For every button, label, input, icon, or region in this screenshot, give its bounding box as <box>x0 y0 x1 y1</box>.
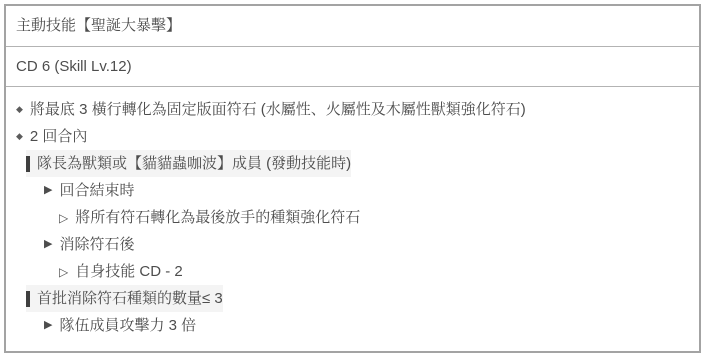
triangle-filled-marker-icon <box>44 239 52 250</box>
effect-line: 將所有符石轉化為最後放手的種類強化符石 <box>59 204 360 231</box>
triangle-filled-marker-icon <box>44 320 52 331</box>
effect-line-text: 自身技能 CD - 2 <box>75 258 183 285</box>
cooldown-text: CD 6 (Skill Lv.12) <box>16 58 132 75</box>
bar-marker-icon <box>26 291 30 307</box>
effect-line-text: 隊伍成員攻擊力 3 倍 <box>59 312 196 339</box>
skill-name-row: 主動技能【聖誕大暴擊】 <box>6 6 699 46</box>
effect-line-text: 回合結束時 <box>59 177 134 204</box>
diamond-marker-icon <box>16 132 23 141</box>
skill-table: 主動技能【聖誕大暴擊】 CD 6 (Skill Lv.12) 將最底 3 橫行轉… <box>4 4 701 353</box>
effect-line-text: 2 回合內 <box>30 123 88 150</box>
effect-line: 回合結束時 <box>44 177 134 204</box>
effect-line: 隊長為獸類或【貓貓蟲咖波】成員 (發動技能時) <box>26 150 351 177</box>
bar-marker-icon <box>26 156 30 172</box>
diamond-marker-icon <box>16 105 23 114</box>
effect-line: 隊伍成員攻擊力 3 倍 <box>44 312 196 339</box>
effect-line: 2 回合內 <box>16 123 87 150</box>
effect-line-text: 隊長為獸類或【貓貓蟲咖波】成員 (發動技能時) <box>37 150 351 177</box>
effect-line-text: 消除符石後 <box>59 231 134 258</box>
triangle-open-marker-icon <box>59 266 68 278</box>
cooldown-row: CD 6 (Skill Lv.12) <box>6 46 699 86</box>
triangle-filled-marker-icon <box>44 185 52 196</box>
effect-line-text: 將所有符石轉化為最後放手的種類強化符石 <box>75 204 360 231</box>
effect-line: 消除符石後 <box>44 231 134 258</box>
effect-line-text: 首批消除符石種類的數量≤ 3 <box>37 285 223 312</box>
effect-line-text: 將最底 3 橫行轉化為固定版面符石 (水屬性、火屬性及木屬性獸類強化符石) <box>30 96 526 123</box>
skill-name-text: 主動技能【聖誕大暴擊】 <box>16 17 181 34</box>
effect-line: 將最底 3 橫行轉化為固定版面符石 (水屬性、火屬性及木屬性獸類強化符石) <box>16 96 526 123</box>
effect-line: 首批消除符石種類的數量≤ 3 <box>26 285 223 312</box>
triangle-open-marker-icon <box>59 212 68 224</box>
effect-line: 自身技能 CD - 2 <box>59 258 183 285</box>
skill-effect-cell: 將最底 3 橫行轉化為固定版面符石 (水屬性、火屬性及木屬性獸類強化符石) 2 … <box>6 86 699 349</box>
